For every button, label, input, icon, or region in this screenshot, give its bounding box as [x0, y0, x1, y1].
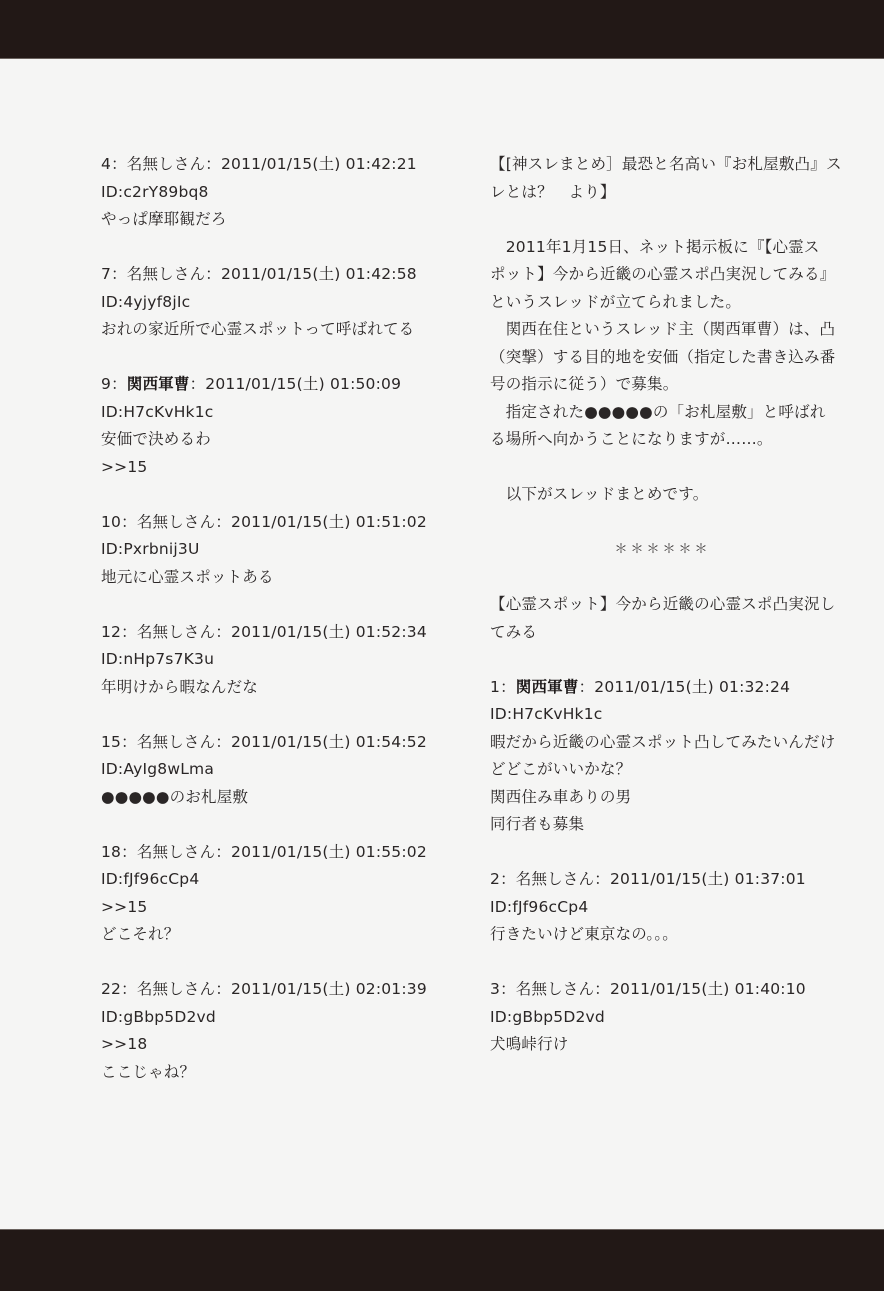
poster-name: 名無しさん: [137, 733, 216, 751]
post-id: ID:AyIg8wLma: [101, 756, 441, 784]
post-number: 2: [490, 870, 500, 888]
post-id: ID:Pxrbnij3U: [101, 536, 441, 564]
post-number: 10: [101, 513, 121, 531]
separator: ：: [215, 623, 231, 641]
post-header: 10：名無しさん：2011/01/15(土) 01:51:02: [101, 509, 441, 537]
post-id: ID:H7cKvHk1c: [490, 701, 835, 729]
thread-post: 2：名無しさん：2011/01/15(土) 01:37:01 ID:fJf96c…: [490, 866, 835, 949]
post-datetime: 2011/01/15(土) 01:55:02: [231, 843, 427, 861]
post-id: ID:fJf96cCp4: [101, 866, 441, 894]
post-reply-anchor: >>18: [101, 1031, 441, 1059]
post-id: ID:gBbp5D2vd: [101, 1004, 441, 1032]
poster-name: 名無しさん: [137, 513, 216, 531]
separator: ：: [500, 870, 516, 888]
post-body-line: 暇だから近畿の心霊スポット凸してみたいんだけ: [490, 729, 835, 757]
post-number: 3: [490, 980, 500, 998]
thread-post: 4：名無しさん：2011/01/15(土) 01:42:21 ID:c2rY89…: [101, 151, 441, 234]
poster-name-op: 関西軍曹: [127, 375, 190, 393]
post-id: ID:fJf96cCp4: [490, 894, 835, 922]
spacer: [490, 646, 835, 674]
paragraph-line: というスレッドが立てられました。: [490, 289, 835, 317]
thread-post: 12：名無しさん：2011/01/15(土) 01:52:34 ID:nHp7s…: [101, 619, 441, 702]
post-header: 9：関西軍曹：2011/01/15(土) 01:50:09: [101, 371, 441, 399]
separator: ：: [215, 980, 231, 998]
post-datetime: 2011/01/15(土) 01:52:34: [231, 623, 427, 641]
paragraph-line: 指定された●●●●●の「お札屋敷」と呼ばれ: [490, 399, 835, 427]
post-datetime: 2011/01/15(土) 01:42:58: [221, 265, 417, 283]
separator: ：: [121, 733, 137, 751]
poster-name: 名無しさん: [516, 870, 595, 888]
source-credit: 【[神スレまとめ］最恐と名高い『お札屋敷凸』ス レとは？ より】: [490, 151, 835, 206]
source-credit-line: 【[神スレまとめ］最恐と名高い『お札屋敷凸』ス: [490, 151, 835, 179]
thread-post: 7：名無しさん：2011/01/15(土) 01:42:58 ID:4yjyf8…: [101, 261, 441, 344]
intro-paragraph: 2011年1月15日、ネット掲示板に『【心霊ス ポット】今から近畿の心霊スポ凸実…: [490, 234, 835, 317]
post-body-line: ●●●●●のお札屋敷: [101, 784, 441, 812]
separator: ：: [215, 733, 231, 751]
post-id: ID:nHp7s7K3u: [101, 646, 441, 674]
source-credit-line: レとは？ より】: [490, 179, 835, 207]
poster-name-op: 関西軍曹: [516, 678, 579, 696]
intro-paragraph: 関西在住というスレッド主（関西軍曹）は、凸 （突撃）する目的地を安価（指定した書…: [490, 316, 835, 399]
poster-name: 名無しさん: [137, 843, 216, 861]
post-header: 3：名無しさん：2011/01/15(土) 01:40:10: [490, 976, 835, 1004]
separator: ：: [111, 375, 127, 393]
intro-paragraph: 指定された●●●●●の「お札屋敷」と呼ばれ る場所へ向かうことになりますが……。: [490, 399, 835, 454]
post-number: 1: [490, 678, 500, 696]
separator: ：: [500, 678, 516, 696]
paragraph-line: （突撃）する目的地を安価（指定した書き込み番: [490, 344, 835, 372]
post-number: 18: [101, 843, 121, 861]
separator: ：: [215, 843, 231, 861]
spacer: [490, 564, 835, 592]
post-header: 15：名無しさん：2011/01/15(土) 01:54:52: [101, 729, 441, 757]
poster-name: 名無しさん: [516, 980, 595, 998]
spacer: [490, 454, 835, 482]
post-header: 4：名無しさん：2011/01/15(土) 01:42:21: [101, 151, 441, 179]
post-datetime: 2011/01/15(土) 01:32:24: [594, 678, 790, 696]
spacer: [490, 206, 835, 234]
post-datetime: 2011/01/15(土) 01:42:21: [221, 155, 417, 173]
poster-name: 名無しさん: [127, 265, 206, 283]
post-number: 4: [101, 155, 111, 173]
thread-post: 15：名無しさん：2011/01/15(土) 01:54:52 ID:AyIg8…: [101, 729, 441, 812]
separator: ：: [111, 265, 127, 283]
thread-post: 1：関西軍曹：2011/01/15(土) 01:32:24 ID:H7cKvHk…: [490, 674, 835, 839]
post-body-line: どこそれ？: [101, 921, 441, 949]
post-header: 1：関西軍曹：2011/01/15(土) 01:32:24: [490, 674, 835, 702]
spacer: [490, 509, 835, 537]
separator: ：: [121, 843, 137, 861]
separator: ：: [205, 265, 221, 283]
post-body-line: 年明けから暇なんだな: [101, 674, 441, 702]
post-header: 12：名無しさん：2011/01/15(土) 01:52:34: [101, 619, 441, 647]
section-divider: ＊＊＊＊＊＊: [490, 536, 835, 564]
post-reply-anchor: >>15: [101, 894, 441, 922]
bottom-frame-bar: [0, 1229, 884, 1291]
post-number: 22: [101, 980, 121, 998]
thread-title-line: てみる: [490, 619, 835, 647]
separator: ：: [215, 513, 231, 531]
post-body-line: 関西住み車ありの男: [490, 784, 835, 812]
post-body-line: どどこがいいかな？: [490, 756, 835, 784]
paragraph-line: 号の指示に従う）で募集。: [490, 371, 835, 399]
post-header: 7：名無しさん：2011/01/15(土) 01:42:58: [101, 261, 441, 289]
post-body-line: やっぱ摩耶観だろ: [101, 206, 441, 234]
post-number: 12: [101, 623, 121, 641]
thread-title: 【心霊スポット】今から近畿の心霊スポ凸実況し てみる: [490, 591, 835, 646]
post-number: 9: [101, 375, 111, 393]
post-reply-anchor: >>15: [101, 454, 441, 482]
post-datetime: 2011/01/15(土) 01:40:10: [610, 980, 806, 998]
poster-name: 名無しさん: [127, 155, 206, 173]
separator: ：: [205, 155, 221, 173]
post-body-line: ここじゃね？: [101, 1059, 441, 1087]
post-datetime: 2011/01/15(土) 02:01:39: [231, 980, 427, 998]
post-datetime: 2011/01/15(土) 01:50:09: [205, 375, 401, 393]
top-frame-bar: [0, 0, 884, 59]
post-number: 15: [101, 733, 121, 751]
post-header: 2：名無しさん：2011/01/15(土) 01:37:01: [490, 866, 835, 894]
separator: ：: [190, 375, 206, 393]
paragraph-line: 2011年1月15日、ネット掲示板に『【心霊ス: [490, 234, 835, 262]
post-body-line: 地元に心霊スポットある: [101, 564, 441, 592]
post-datetime: 2011/01/15(土) 01:51:02: [231, 513, 427, 531]
post-header: 18：名無しさん：2011/01/15(土) 01:55:02: [101, 839, 441, 867]
paragraph-line: 関西在住というスレッド主（関西軍曹）は、凸: [490, 316, 835, 344]
right-column: 【[神スレまとめ］最恐と名高い『お札屋敷凸』ス レとは？ より】 2011年1月…: [490, 151, 835, 1086]
separator: ：: [579, 678, 595, 696]
post-id: ID:c2rY89bq8: [101, 179, 441, 207]
thread-post: 10：名無しさん：2011/01/15(土) 01:51:02 ID:Pxrbn…: [101, 509, 441, 592]
paragraph-line: る場所へ向かうことになりますが……。: [490, 426, 835, 454]
thread-post: 22：名無しさん：2011/01/15(土) 02:01:39 ID:gBbp5…: [101, 976, 441, 1086]
post-body-line: 同行者も募集: [490, 811, 835, 839]
poster-name: 名無しさん: [137, 980, 216, 998]
post-datetime: 2011/01/15(土) 01:37:01: [610, 870, 806, 888]
post-header: 22：名無しさん：2011/01/15(土) 02:01:39: [101, 976, 441, 1004]
separator: ：: [594, 870, 610, 888]
post-body-line: 安価で決めるわ: [101, 426, 441, 454]
separator: ：: [121, 980, 137, 998]
post-body-line: おれの家近所で心霊スポットって呼ばれてる: [101, 316, 441, 344]
separator: ：: [121, 623, 137, 641]
post-id: ID:4yjyf8jIc: [101, 289, 441, 317]
paragraph-line: ポット】今から近畿の心霊スポ凸実況してみる』: [490, 261, 835, 289]
thread-post: 3：名無しさん：2011/01/15(土) 01:40:10 ID:gBbp5D…: [490, 976, 835, 1059]
thread-post: 9：関西軍曹：2011/01/15(土) 01:50:09 ID:H7cKvHk…: [101, 371, 441, 481]
left-column: 4：名無しさん：2011/01/15(土) 01:42:21 ID:c2rY89…: [101, 151, 441, 1114]
thread-post: 18：名無しさん：2011/01/15(土) 01:55:02 ID:fJf96…: [101, 839, 441, 949]
separator: ：: [500, 980, 516, 998]
post-id: ID:gBbp5D2vd: [490, 1004, 835, 1032]
poster-name: 名無しさん: [137, 623, 216, 641]
post-body-line: 行きたいけど東京なの。。。: [490, 921, 835, 949]
separator: ：: [121, 513, 137, 531]
separator: ：: [111, 155, 127, 173]
post-number: 7: [101, 265, 111, 283]
intro-paragraph: 以下がスレッドまとめです。: [490, 481, 835, 509]
separator: ：: [594, 980, 610, 998]
post-id: ID:H7cKvHk1c: [101, 399, 441, 427]
post-body-line: 犬鳴峠行け: [490, 1031, 835, 1059]
thread-title-line: 【心霊スポット】今から近畿の心霊スポ凸実況し: [490, 591, 835, 619]
post-datetime: 2011/01/15(土) 01:54:52: [231, 733, 427, 751]
